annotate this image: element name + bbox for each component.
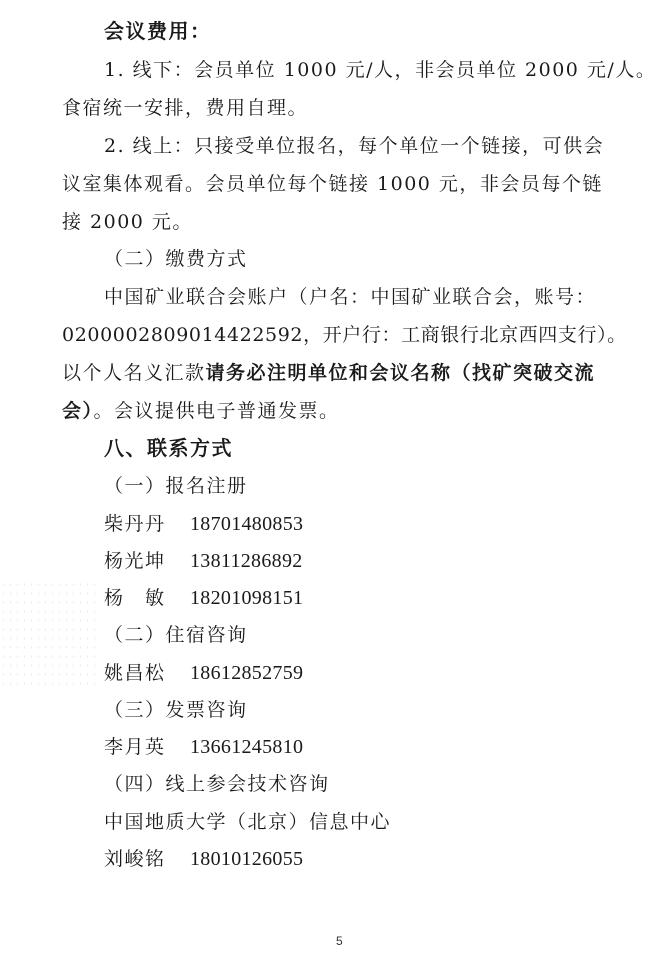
fees-heading: 会议费用： <box>104 19 212 43</box>
payment-line4-bold: 会） <box>62 400 94 422</box>
contact-phone: 18701480853 <box>190 512 303 536</box>
contact-section-lodging-title: （二）住宿咨询 <box>104 623 248 647</box>
contact-row: 柴丹丹18701480853 <box>104 512 303 536</box>
payment-line3: 以个人名义汇款请务必注明单位和会议名称（找矿突破交流 <box>62 361 595 385</box>
payment-line1: 中国矿业联合会账户（户名：中国矿业联合会，账号： <box>104 285 596 309</box>
contact-section-invoice-title: （三）发票咨询 <box>104 698 248 722</box>
contact-section-tech-title: （四）线上参会技术咨询 <box>104 772 330 796</box>
contact-name: 杨 敏 <box>104 586 190 610</box>
fees-item1-line2: 食宿统一安排，费用自理。 <box>62 96 308 120</box>
payment-account-line: 0200002809014422592，开户行：工商银行北京西四支行）。 <box>62 323 627 347</box>
fees-item2-line3: 接 2000 元。 <box>62 210 193 234</box>
contact-name: 刘峻铭 <box>104 847 190 871</box>
contact-row: 杨光坤13811286892 <box>104 549 303 573</box>
document-page: 会议费用： 1. 线下：会员单位 1000 元/人，非会员单位 2000 元/人… <box>0 0 669 971</box>
payment-line3-normal: 以个人名义汇款 <box>62 362 206 384</box>
contact-name: 杨光坤 <box>104 549 190 573</box>
fees-item2-line2: 议室集体观看。会员单位每个链接 1000 元，非会员每个链 <box>62 172 603 196</box>
contact-name: 柴丹丹 <box>104 512 190 536</box>
contact-name: 李月英 <box>104 735 190 759</box>
contact-row: 姚昌松18612852759 <box>104 661 303 685</box>
contact-heading: 八、联系方式 <box>104 436 233 460</box>
payment-line4-normal: 。会议提供电子普通发票。 <box>94 400 340 422</box>
contact-name: 姚昌松 <box>104 661 190 685</box>
contact-phone: 18201098151 <box>190 586 303 610</box>
page-number: 5 <box>336 934 343 948</box>
scan-artifact <box>0 580 100 690</box>
contact-row: 杨 敏18201098151 <box>104 586 303 610</box>
contact-section-tech-org: 中国地质大学（北京）信息中心 <box>104 810 391 834</box>
contact-phone: 13811286892 <box>190 549 303 573</box>
contact-section-registration-title: （一）报名注册 <box>104 474 248 498</box>
payment-line3-bold: 请务必注明单位和会议名称（找矿突破交流 <box>206 362 596 384</box>
fees-item1-line1: 1. 线下：会员单位 1000 元/人，非会员单位 2000 元/人。 <box>104 58 656 82</box>
payment-heading: （二）缴费方式 <box>104 247 248 271</box>
contact-row: 刘峻铭18010126055 <box>104 847 303 871</box>
payment-line4: 会）。会议提供电子普通发票。 <box>62 399 340 423</box>
contact-phone: 18612852759 <box>190 661 303 685</box>
fees-item2-line1: 2. 线上：只接受单位报名，每个单位一个链接，可供会 <box>104 134 604 158</box>
contact-phone: 18010126055 <box>190 847 303 871</box>
contact-phone: 13661245810 <box>190 735 303 759</box>
contact-row: 李月英13661245810 <box>104 735 303 759</box>
